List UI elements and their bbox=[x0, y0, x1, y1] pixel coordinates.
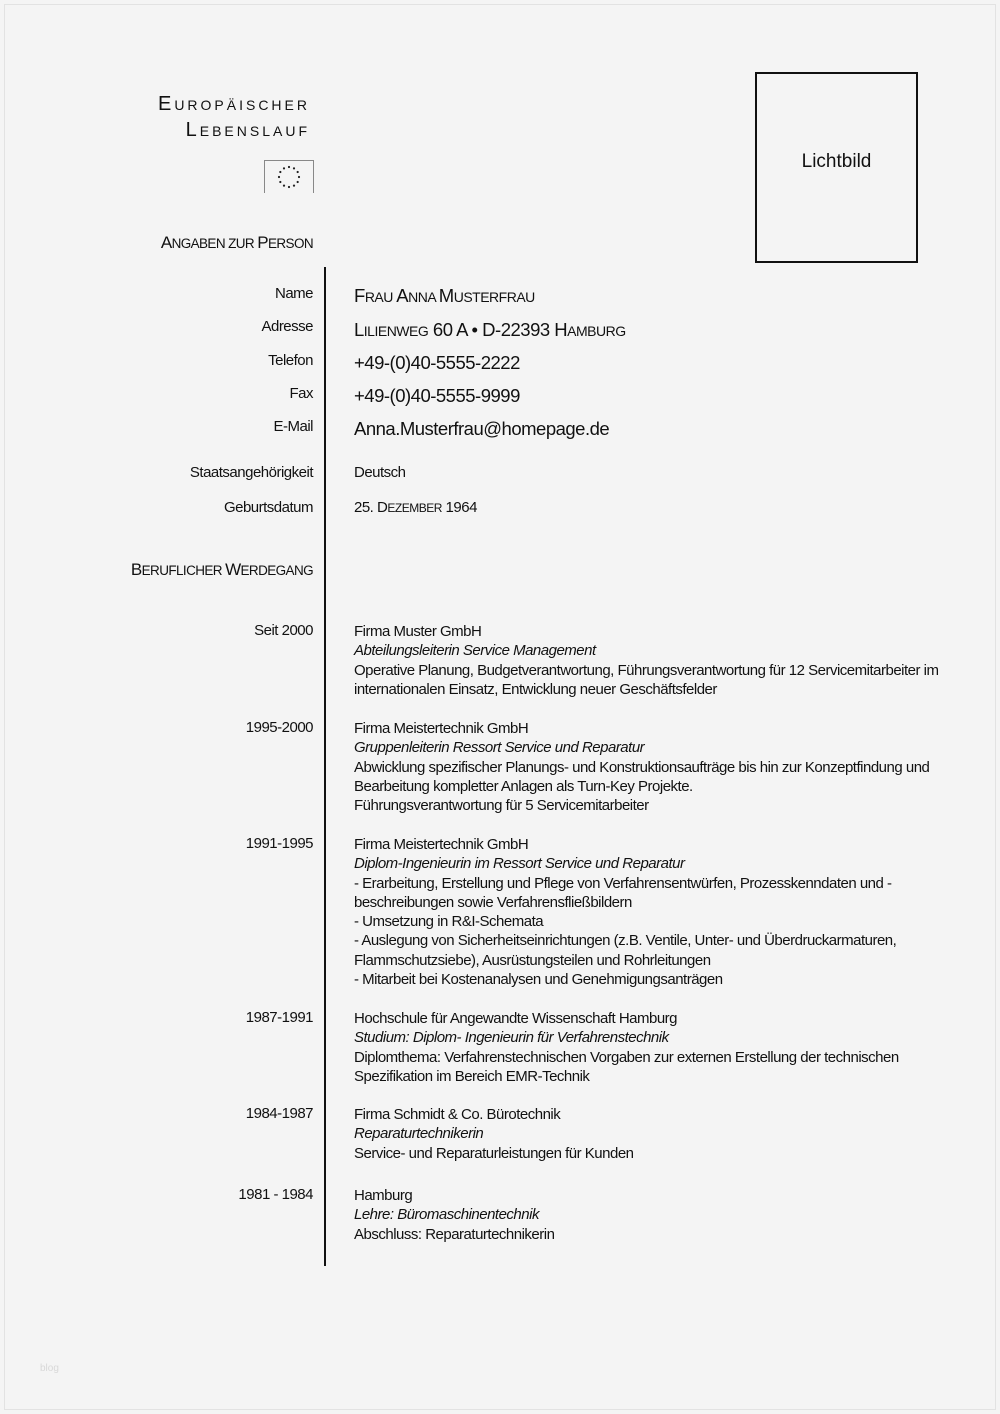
text-part: D bbox=[377, 499, 387, 516]
column-divider bbox=[324, 267, 326, 1266]
photo-placeholder-label: Lichtbild bbox=[802, 151, 872, 173]
value-birthdate: 25. DEZEMBER 1964 bbox=[354, 499, 477, 516]
text-part: 60 A • D-22393 bbox=[428, 319, 554, 340]
career-entry: Hochschule für Angewandte Wissenschaft H… bbox=[354, 1009, 944, 1086]
career-entry-employer: Hamburg bbox=[354, 1186, 944, 1205]
career-entry: Firma Muster GmbHAbteilungsleiterin Serv… bbox=[354, 622, 944, 699]
title-rest: EBENSLAUF bbox=[200, 123, 310, 139]
career-entry-description: - Erarbeitung, Erstellung und Pflege von… bbox=[354, 874, 944, 990]
label-email: E-Mail bbox=[273, 418, 313, 435]
text-part: M bbox=[439, 285, 454, 306]
title-rest: UROPÄISCHER bbox=[174, 97, 310, 113]
career-entry-role: Lehre: Büromaschinentechnik bbox=[354, 1205, 944, 1224]
text-part: A bbox=[396, 285, 408, 306]
value-name: FRAU ANNA MUSTERFRAU bbox=[354, 285, 535, 307]
career-entry-description: Service- und Reparaturleistungen für Kun… bbox=[354, 1144, 944, 1163]
heading-part: B bbox=[131, 560, 142, 579]
career-entry-date: Seit 2000 bbox=[254, 622, 313, 639]
heading-part: W bbox=[225, 560, 240, 579]
label-fax: Fax bbox=[289, 385, 313, 402]
career-entry-date: 1995-2000 bbox=[246, 719, 313, 736]
text-part: NNA bbox=[408, 289, 439, 305]
section-heading-career: BERUFLICHER WERDEGANG bbox=[131, 560, 313, 580]
career-entry: HamburgLehre: BüromaschinentechnikAbschl… bbox=[354, 1186, 944, 1244]
career-entry-role: Abteilungsleiterin Service Management bbox=[354, 641, 944, 660]
text-part: F bbox=[354, 285, 365, 306]
value-address: LILIENWEG 60 A • D-22393 HAMBURG bbox=[354, 319, 626, 341]
career-entry-employer: Firma Muster GmbH bbox=[354, 622, 944, 641]
text-part: H bbox=[554, 319, 567, 340]
career-entry: Firma Meistertechnik GmbHGruppenleiterin… bbox=[354, 719, 944, 815]
heading-part: NGABEN ZUR bbox=[172, 236, 258, 251]
career-entry-date: 1991-1995 bbox=[246, 835, 313, 852]
title-line-2: LEBENSLAUF bbox=[158, 118, 310, 144]
title-line-1: EUROPÄISCHER bbox=[158, 92, 310, 118]
label-address: Adresse bbox=[261, 318, 313, 335]
label-nationality: Staatsangehörigkeit bbox=[190, 464, 313, 481]
career-entry-description: Operative Planung, Budgetverantwortung, … bbox=[354, 661, 944, 700]
career-entry-employer: Firma Schmidt & Co. Bürotechnik bbox=[354, 1105, 944, 1124]
heading-part: ERDEGANG bbox=[241, 563, 313, 578]
career-entry-employer: Firma Meistertechnik GmbH bbox=[354, 835, 944, 854]
value-fax: +49-(0)40-5555-9999 bbox=[354, 385, 520, 407]
text-part: EZEMBER bbox=[387, 501, 442, 515]
document-title: EUROPÄISCHER LEBENSLAUF bbox=[158, 92, 310, 144]
text-part: AMBURG bbox=[567, 323, 625, 339]
text-part: RAU bbox=[365, 289, 396, 305]
watermark: blog bbox=[40, 1363, 59, 1374]
career-entry-date: 1987-1991 bbox=[246, 1009, 313, 1026]
career-entry-employer: Firma Meistertechnik GmbH bbox=[354, 719, 944, 738]
career-entry-description: Abschluss: Reparaturtechnikerin bbox=[354, 1225, 944, 1244]
value-phone: +49-(0)40-5555-2222 bbox=[354, 352, 520, 374]
career-entry-date: 1981 - 1984 bbox=[238, 1186, 313, 1203]
career-entry-description: Abwicklung spezifischer Planungs- und Ko… bbox=[354, 758, 944, 816]
career-entry: Firma Meistertechnik GmbHDiplom-Ingenieu… bbox=[354, 835, 944, 989]
career-entry-employer: Hochschule für Angewandte Wissenschaft H… bbox=[354, 1009, 944, 1028]
value-nationality: Deutsch bbox=[354, 464, 406, 481]
career-entry-role: Studium: Diplom- Ingenieurin für Verfahr… bbox=[354, 1028, 944, 1047]
career-entry-role: Diplom-Ingenieurin im Ressort Service un… bbox=[354, 854, 944, 873]
career-entry-description: Diplomthema: Verfahrenstechnischen Vorga… bbox=[354, 1048, 944, 1087]
text-part: 25. bbox=[354, 499, 377, 516]
eu-flag-icon bbox=[264, 160, 314, 193]
career-entry: Firma Schmidt & Co. BürotechnikReparatur… bbox=[354, 1105, 944, 1163]
text-part: L bbox=[354, 319, 364, 340]
heading-part: ERUFLICHER bbox=[142, 563, 225, 578]
title-initial: E bbox=[158, 93, 174, 115]
heading-part: A bbox=[161, 233, 172, 252]
heading-part: P bbox=[257, 233, 268, 252]
title-initial: L bbox=[186, 119, 200, 141]
photo-placeholder: Lichtbild bbox=[755, 72, 918, 263]
career-entry-role: Gruppenleiterin Ressort Service und Repa… bbox=[354, 738, 944, 757]
label-phone: Telefon bbox=[268, 352, 313, 369]
section-heading-personal: ANGABEN ZUR PERSON bbox=[161, 233, 313, 253]
career-entry-date: 1984-1987 bbox=[246, 1105, 313, 1122]
text-part: USTERFRAU bbox=[454, 289, 535, 305]
text-part: ILIENWEG bbox=[364, 323, 428, 339]
label-name: Name bbox=[275, 285, 313, 302]
value-email[interactable]: Anna.Musterfrau@homepage.de bbox=[354, 418, 609, 440]
career-entry-role: Reparaturtechnikerin bbox=[354, 1124, 944, 1143]
label-birthdate: Geburtsdatum bbox=[224, 499, 313, 516]
heading-part: ERSON bbox=[268, 236, 313, 251]
text-part: 1964 bbox=[442, 499, 477, 516]
